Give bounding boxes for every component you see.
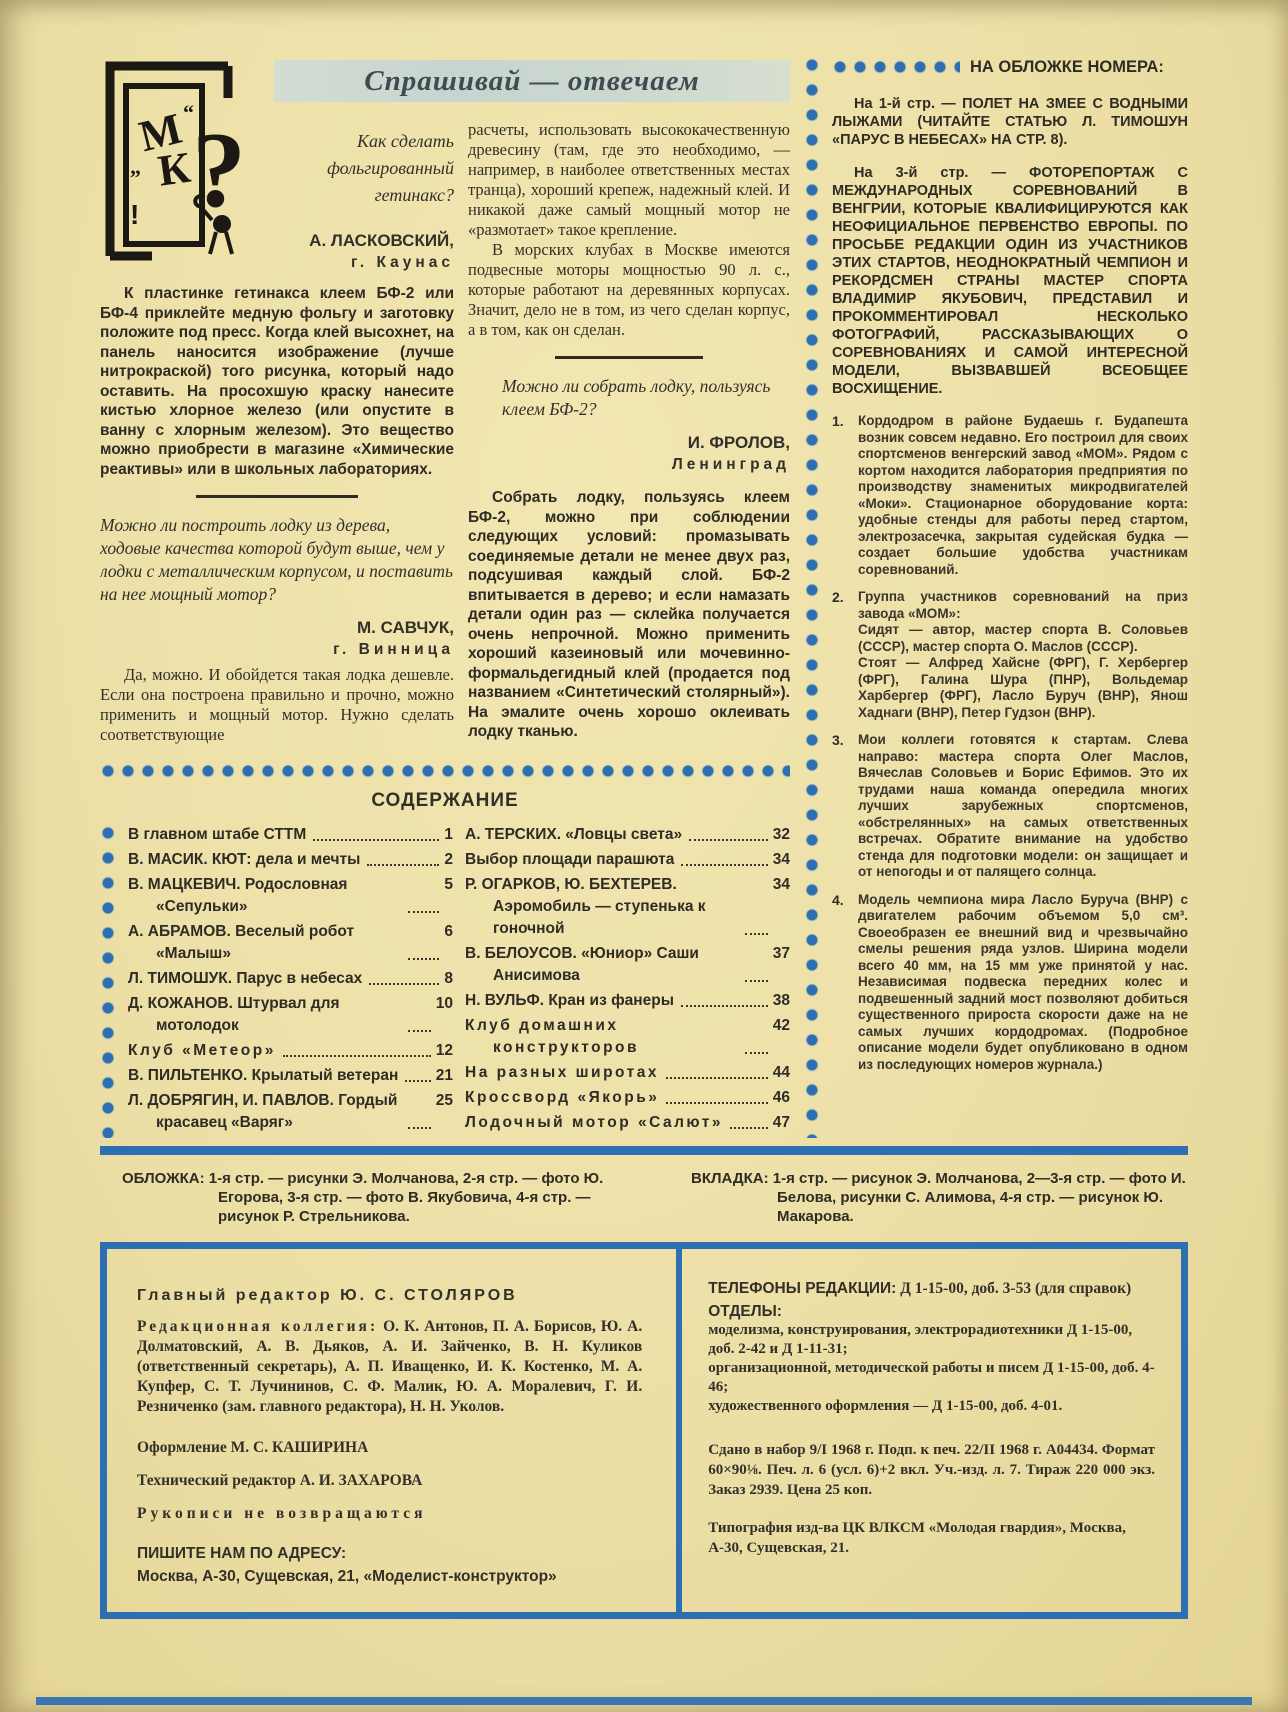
board-label: Редакционная коллегия: xyxy=(137,1318,378,1335)
toc-entry: На разных широтах 44 xyxy=(465,1062,790,1084)
answer-2-continuation: расчеты, использовать высококачественную… xyxy=(468,120,790,240)
question-3-city: Ленинград xyxy=(468,456,790,474)
toc-entry: Д. КОЖАНОВ. Штурвал для мотолодок 10 xyxy=(128,993,453,1037)
toc-entry: Л. ДОБРЯГИН, И. ПАВЛОВ. Гордый красавец … xyxy=(128,1090,453,1134)
dotted-leader xyxy=(666,1077,768,1079)
answer-2-continuation-2: В морских клубах в Москве имеются подвес… xyxy=(468,240,790,340)
phones-label: ТЕЛЕФОНЫ РЕДАКЦИИ: xyxy=(708,1280,896,1297)
contents-left-column: В главном штабе СТТМ 1 В. МАСИК. КЮТ: де… xyxy=(128,824,453,1138)
toc-page-number: 47 xyxy=(773,1112,790,1134)
toc-page-number: 10 xyxy=(436,993,453,1037)
question-2-author: М. САВЧУК, xyxy=(100,618,454,638)
magazine-page: М “ К „ ! ? Спрашивай — отвечаем xyxy=(0,0,1288,1712)
toc-entry: Лодочный мотор «Салют» 47 xyxy=(465,1112,790,1134)
toc-entry-title: Л. ТИМОШУК. Парус в небесах xyxy=(128,968,362,990)
toc-entry-title: Лодочный мотор «Салют» xyxy=(465,1112,723,1134)
dotted-ornament xyxy=(832,59,960,76)
toc-page-number: 5 xyxy=(444,874,453,918)
toc-page-number: 29 xyxy=(436,1137,453,1138)
answer-2-start: Да, можно. И обойдется такая лодка дешев… xyxy=(100,665,454,745)
toc-page-number: 25 xyxy=(436,1090,453,1134)
left-column: К пластинке гетинакса клеем БФ-2 или БФ-… xyxy=(100,284,454,745)
svg-text:„: „ xyxy=(130,154,141,179)
dotted-leader xyxy=(408,911,439,913)
dotted-leader xyxy=(283,1055,431,1057)
answer-1-text: К пластинке гетинакса клеем БФ-2 или БФ-… xyxy=(100,284,454,479)
question-2-city: г. Винница xyxy=(100,641,454,659)
svg-text:?: ? xyxy=(192,111,246,230)
qa-and-contents-zone: М “ К „ ! ? Спрашивай — отвечаем xyxy=(100,56,790,1138)
toc-entry: Спрашивай — отвечаем 48 xyxy=(465,1137,790,1138)
cover-note-item: 3. Мои коллеги готовятся к стартам. Слев… xyxy=(832,732,1188,881)
cover-note-item: 4. Модель чемпиона мира Ласло Буруча (ВН… xyxy=(832,892,1188,1074)
toc-page-number: 42 xyxy=(773,1015,790,1059)
dotted-leader xyxy=(745,1052,768,1054)
toc-page-number: 32 xyxy=(773,824,790,846)
dotted-leader xyxy=(681,864,767,866)
item-number: 2. xyxy=(832,589,858,721)
toc-entry-title: Спрашивай — отвечаем xyxy=(465,1137,699,1138)
toc-entry-title: Кроссворд «Якорь» xyxy=(465,1087,659,1109)
bottom-blue-edge xyxy=(36,1697,1252,1705)
manuscripts-note: Рукописи не возвращаются xyxy=(137,1505,642,1523)
departments-label: ОТДЕЛЫ: xyxy=(708,1303,1155,1321)
toc-entry-title: Л. ДОБРЯГИН, И. ПАВЛОВ. Гордый красавец … xyxy=(128,1090,401,1134)
dotted-leader xyxy=(405,1080,430,1082)
qa-section: М “ К „ ! ? Спрашивай — отвечаем xyxy=(100,56,790,745)
contents-right-column: А. ТЕРСКИХ. «Ловцы света» 32 Выбор площа… xyxy=(465,824,790,1138)
toc-entry: Кроссворд «Якорь» 46 xyxy=(465,1087,790,1109)
question-2-text: Можно ли построить лодку из дерева, ходо… xyxy=(100,514,454,606)
dotted-leader xyxy=(730,1127,768,1129)
toc-entry-title: А. ТЕРСКИХ. «Ловцы света» xyxy=(465,824,682,846)
toc-entry-title: Клуб домашних конструкторов xyxy=(465,1015,738,1059)
cover-note-item: 2. Группа участников соревнований на при… xyxy=(832,589,1188,721)
toc-entry: В. МАЦКЕВИЧ. Родословная «Сепульки» 5 xyxy=(128,874,453,918)
phones-line: ТЕЛЕФОНЫ РЕДАКЦИИ: Д 1-15-00, доб. 3-53 … xyxy=(708,1279,1155,1299)
contents-table: В главном штабе СТТМ 1 В. МАСИК. КЮТ: де… xyxy=(100,824,790,1138)
divider-line xyxy=(196,495,359,498)
item-number: 3. xyxy=(832,732,858,881)
cover-note-items: 1. Кордодром в районе Будаешь г. Будапеш… xyxy=(832,413,1188,1073)
insert-credits-label: ВКЛАДКА: xyxy=(691,1170,769,1187)
toc-page-number: 46 xyxy=(773,1087,790,1109)
toc-entry-title: В. МАСИК. КЮТ: дела и мечты xyxy=(128,849,360,871)
svg-text:!: ! xyxy=(130,199,139,230)
toc-entry: В. БЕЛОУСОВ. «Юниор» Саши Анисимова 37 xyxy=(465,943,790,987)
toc-entry: Р. ОГАРКОВ, Ю. БЕХТЕРЕВ. Аэромобиль — ст… xyxy=(465,874,790,940)
question-1-text: Как сделать фольгированный гетинакс? xyxy=(274,128,454,209)
toc-entry: Клуб «Метеор» 12 xyxy=(128,1040,453,1062)
mk-door-illustration: М “ К „ ! ? xyxy=(100,56,260,272)
dotted-leader xyxy=(408,1030,431,1032)
toc-entry: В. МАСИК. КЮТ: дела и мечты 2 xyxy=(128,849,453,871)
toc-page-number: 2 xyxy=(444,849,453,871)
dotted-border xyxy=(804,56,820,1138)
toc-entry-title: Выбор площади парашюта xyxy=(465,849,674,871)
section-title: Спрашивай — отвечаем xyxy=(364,65,700,98)
imprint-line: Сдано в набор 9/I 1968 г. Подп. к печ. 2… xyxy=(708,1440,1155,1500)
dotted-border xyxy=(100,824,116,1138)
toc-entry-title: В главном штабе СТТМ xyxy=(128,824,306,846)
svg-text:К: К xyxy=(155,143,194,196)
toc-entry-title: В. БЕЛОУСОВ. «Юниор» Саши Анисимова xyxy=(465,943,738,987)
question-1-block: Как сделать фольгированный гетинакс? А. … xyxy=(274,112,454,272)
toc-entry: Н. ВУЛЬФ. Кран из фанеры 38 xyxy=(465,990,790,1012)
tech-editor-credit: Технический редактор А. И. ЗАХАРОВА xyxy=(137,1472,642,1490)
editorial-address: Москва, А-30, Сущевская, 21, «Моделист-к… xyxy=(137,1568,642,1586)
cover-note-title: НА ОБЛОЖКЕ НОМЕРА: xyxy=(970,58,1164,77)
toc-page-number: 38 xyxy=(773,990,790,1012)
toc-entry: Выбор площади парашюта 34 xyxy=(465,849,790,871)
credits-row: ОБЛОЖКА: 1-я стр. — рисунки Э. Молчанова… xyxy=(100,1169,1188,1226)
phones-text: Д 1-15-00, доб. 3-53 (для справок) xyxy=(896,1280,1131,1297)
department-line: моделизма, конструирования, электрорадио… xyxy=(708,1321,1155,1359)
editorial-board: Редакционная коллегия: О. К. Антонов, П.… xyxy=(137,1317,642,1417)
cover-note-item: 1. Кордодром в районе Будаешь г. Будапеш… xyxy=(832,413,1188,578)
dotted-leader xyxy=(408,958,439,960)
cover-note-intro: На 1-й стр. — ПОЛЕТ НА ЗМЕЕ С ВОДНЫМИ ЛЫ… xyxy=(832,95,1188,398)
toc-page-number: 12 xyxy=(436,1040,453,1062)
toc-page-number: 1 xyxy=(444,824,453,846)
item-text: Мои коллеги готовятся к стартам. Слева н… xyxy=(858,732,1188,881)
toc-page-number: 44 xyxy=(773,1062,790,1084)
masthead-box: Главный редактор Ю. С. СТОЛЯРОВ Редакцио… xyxy=(100,1242,1188,1619)
editorial-panel: Главный редактор Ю. С. СТОЛЯРОВ Редакцио… xyxy=(107,1249,676,1612)
toc-entry: Клуб домашних конструкторов 42 xyxy=(465,1015,790,1059)
toc-entry: В главном штабе СТТМ 1 xyxy=(128,824,453,846)
item-text: Группа участников соревнований на приз з… xyxy=(858,589,1188,721)
dotted-leader xyxy=(408,1127,431,1129)
answer-3-text: Собрать лодку, пользуясь клеем БФ-2, мож… xyxy=(468,488,790,742)
dotted-leader xyxy=(367,864,439,866)
toc-entry-title: Р. ОГАРКОВ, Ю. БЕХТЕРЕВ. Аэромобиль — ст… xyxy=(465,874,738,940)
toc-page-number: 34 xyxy=(773,849,790,871)
dotted-divider xyxy=(100,763,790,780)
department-line: организационной, методической работы и п… xyxy=(708,1359,1155,1397)
toc-entry: А. ТЕРСКИХ. «Ловцы света» 32 xyxy=(465,824,790,846)
insert-credits: ВКЛАДКА: 1-я стр. — рисунок Э. Молчанова… xyxy=(691,1169,1188,1226)
section-header-band: Спрашивай — отвечаем xyxy=(274,60,790,102)
dotted-leader xyxy=(745,933,768,935)
dotted-leader xyxy=(313,839,439,841)
production-panel: ТЕЛЕФОНЫ РЕДАКЦИИ: Д 1-15-00, доб. 3-53 … xyxy=(676,1249,1181,1612)
question-1-city: г. Каунас xyxy=(274,254,454,272)
item-number: 1. xyxy=(832,413,858,578)
toc-page-number: 8 xyxy=(444,968,453,990)
toc-page-number: 34 xyxy=(773,874,790,940)
toc-entry-title: В. ПИЛЬТЕНКО. Крылатый ветеран xyxy=(128,1065,398,1087)
insert-credits-text: 1-я стр. — рисунок Э. Молчанова, 2—3-я с… xyxy=(773,1170,1186,1225)
question-1-author: А. ЛАСКОВСКИЙ, xyxy=(274,231,454,251)
item-text: Модель чемпиона мира Ласло Буруча (ВНР) … xyxy=(858,892,1188,1074)
mk-logo-drawing: М “ К „ ! ? xyxy=(100,56,260,264)
departments-list: моделизма, конструирования, электрорадио… xyxy=(708,1321,1155,1416)
cover-note-paragraph: На 1-й стр. — ПОЛЕТ НА ЗМЕЕ С ВОДНЫМИ ЛЫ… xyxy=(832,95,1188,149)
department-line: художественного оформления — Д 1-15-00, … xyxy=(708,1397,1155,1416)
toc-entry-title: Н. ВУЛЬФ. Кран из фанеры xyxy=(465,990,674,1012)
toc-entry-title: Клуб «Метеор» xyxy=(128,1040,276,1062)
cover-credits-label: ОБЛОЖКА: xyxy=(122,1170,205,1187)
toc-page-number: 21 xyxy=(436,1065,453,1087)
printer-line: Типография изд-ва ЦК ВЛКСМ «Молодая гвар… xyxy=(708,1518,1155,1558)
cover-note-section: НА ОБЛОЖКЕ НОМЕРА: На 1-й стр. — ПОЛЕТ Н… xyxy=(804,56,1188,1138)
toc-page-number: 48 xyxy=(773,1137,790,1138)
blue-rule xyxy=(100,1146,1188,1155)
toc-entry-title: Д. КОЖАНОВ. Штурвал для мотолодок xyxy=(128,993,401,1037)
dotted-leader xyxy=(689,839,768,841)
design-credit: Оформление М. С. КАШИРИНА xyxy=(137,1439,642,1457)
toc-entry-title: А. КРЫЛОВ. Из морской старины xyxy=(128,1137,385,1138)
toc-entry: Л. ТИМОШУК. Парус в небесах 8 xyxy=(128,968,453,990)
dotted-leader xyxy=(666,1102,767,1104)
toc-entry: А. КРЫЛОВ. Из морской старины 29 xyxy=(128,1137,453,1138)
toc-entry-title: А. АБРАМОВ. Веселый робот «Малыш» xyxy=(128,921,401,965)
item-number: 4. xyxy=(832,892,858,1074)
toc-page-number: 6 xyxy=(444,921,453,965)
toc-entry-title: На разных широтах xyxy=(465,1062,659,1084)
toc-entry: В. ПИЛЬТЕНКО. Крылатый ветеран 21 xyxy=(128,1065,453,1087)
cover-note-paragraph: На 3-й стр. — ФОТОРЕПОРТАЖ С МЕЖДУНАРОДН… xyxy=(832,164,1188,398)
toc-page-number: 37 xyxy=(773,943,790,987)
dotted-leader xyxy=(745,980,768,982)
contents-title: СОДЕРЖАНИЕ xyxy=(100,790,790,812)
chief-editor: Главный редактор Ю. С. СТОЛЯРОВ xyxy=(137,1287,642,1305)
question-3-author: И. ФРОЛОВ, xyxy=(468,433,790,453)
middle-column: расчеты, использовать высококачественную… xyxy=(468,112,790,745)
cover-credits-text: 1-я стр. — рисунки Э. Молчанова, 2-я стр… xyxy=(209,1170,604,1225)
dotted-leader xyxy=(369,983,439,985)
dotted-leader xyxy=(681,1005,768,1007)
write-to-us-label: ПИШИТЕ НАМ ПО АДРЕСУ: xyxy=(137,1545,642,1563)
cover-credits: ОБЛОЖКА: 1-я стр. — рисунки Э. Молчанова… xyxy=(100,1169,645,1226)
toc-entry-title: В. МАЦКЕВИЧ. Родословная «Сепульки» xyxy=(128,874,401,918)
question-3-text: Можно ли собрать лодку, пользуясь клеем … xyxy=(502,375,790,421)
divider-line xyxy=(555,356,703,359)
item-text: Кордодром в районе Будаешь г. Будапешта … xyxy=(858,413,1188,578)
toc-entry: А. АБРАМОВ. Веселый робот «Малыш» 6 xyxy=(128,921,453,965)
